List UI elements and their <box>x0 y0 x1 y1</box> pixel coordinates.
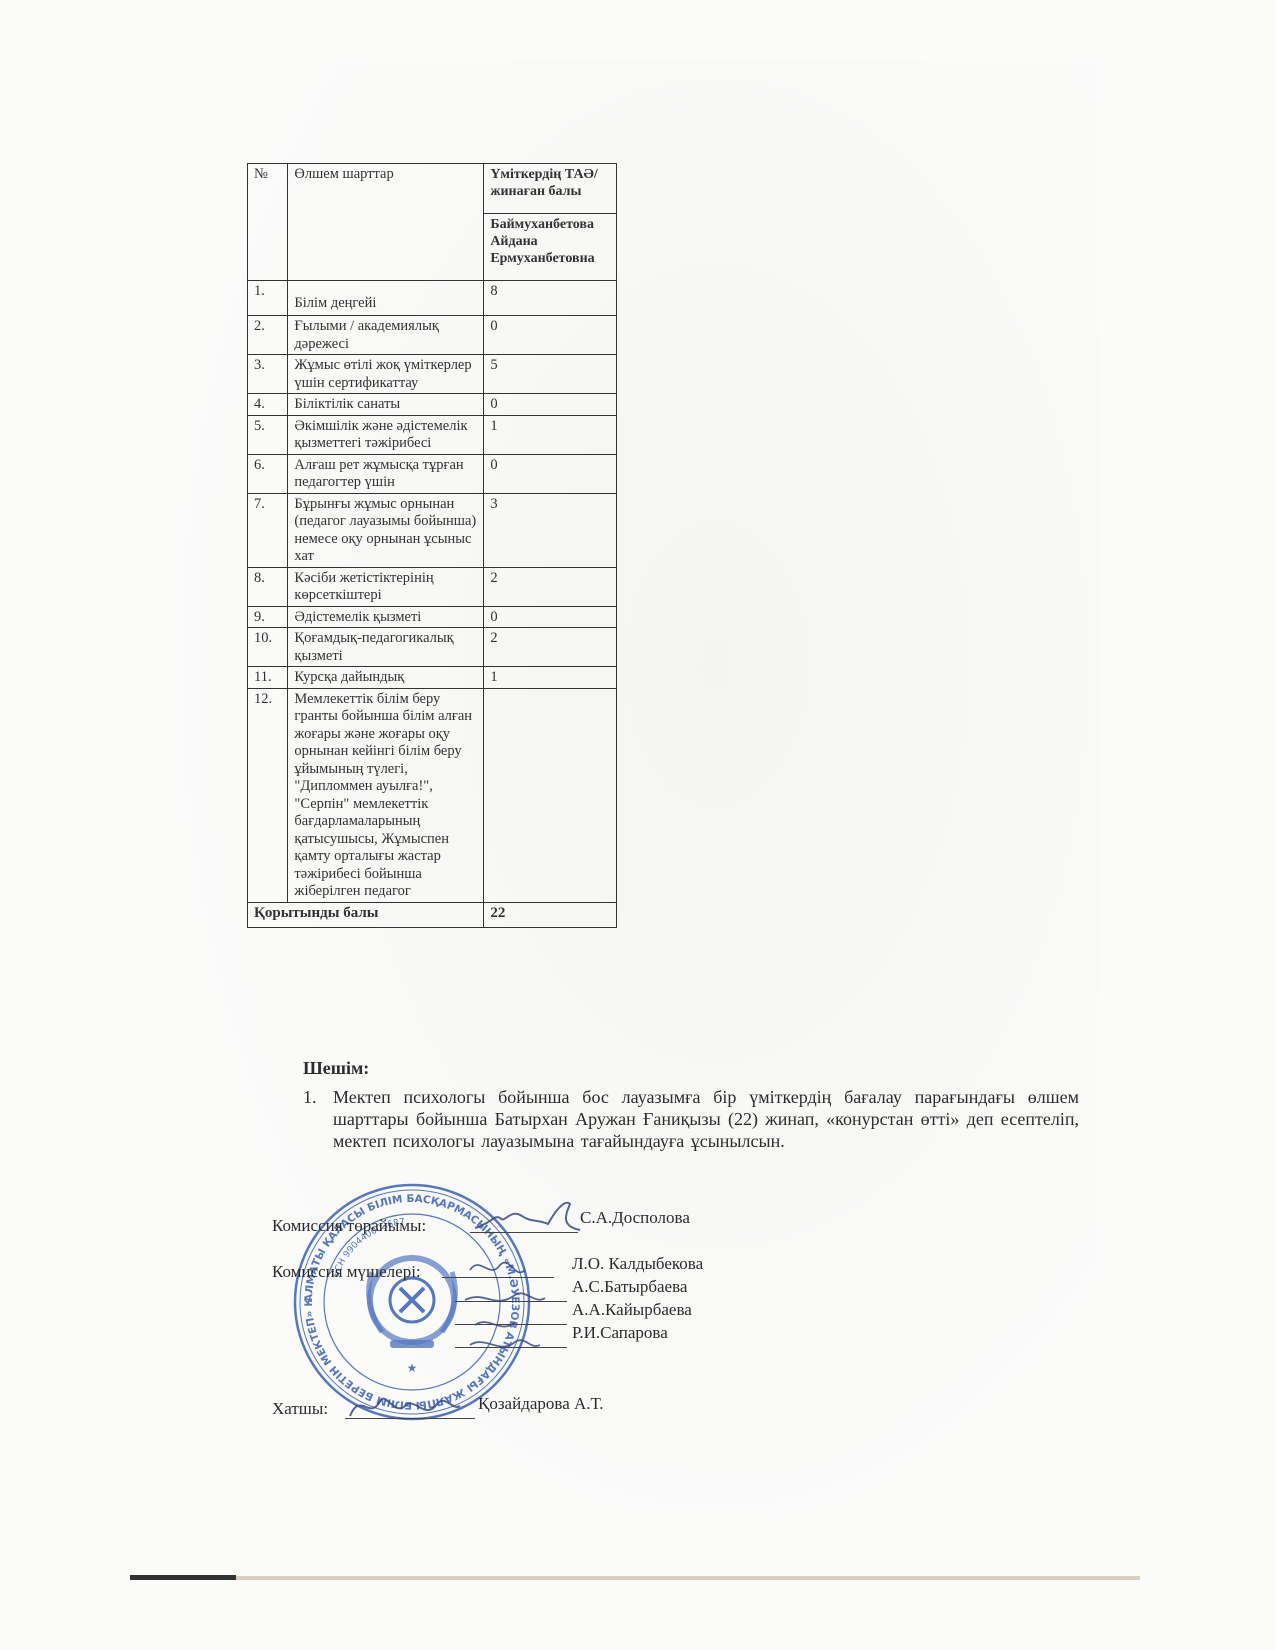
table-header-row: № Өлшем шарттар Үміткердің ТАӘ/жинаған б… <box>248 164 617 214</box>
row-score: 0 <box>484 316 617 355</box>
row-criteria: Кәсіби жетістіктерінің көрсеткіштері <box>288 567 484 606</box>
row-num: 1. <box>248 281 288 316</box>
member-name: Р.И.Сапарова <box>572 1323 668 1343</box>
table-row: 9. Әдістемелік қызметі 0 <box>248 606 617 628</box>
row-score: 3 <box>484 493 617 567</box>
row-score: 8 <box>484 281 617 316</box>
member-name: Л.О. Калдыбекова <box>572 1254 703 1274</box>
row-criteria: Білім деңгейі <box>288 281 484 316</box>
table-row: 2. Ғылыми / академиялық дәрежесі 0 <box>248 316 617 355</box>
row-num: 5. <box>248 415 288 454</box>
row-num: 10. <box>248 628 288 667</box>
chair-label: Комиссия төрайымы: <box>272 1216 426 1236</box>
row-score: 5 <box>484 355 617 394</box>
row-criteria: Әкімшілік және әдістемелік қызметтегі тә… <box>288 415 484 454</box>
decision-item-number: 1. <box>303 1086 317 1108</box>
row-score: 2 <box>484 628 617 667</box>
row-criteria: Біліктілік санаты <box>288 394 484 416</box>
header-num: № <box>248 164 288 281</box>
scan-edge-dark-segment <box>130 1575 236 1580</box>
score-table: № Өлшем шарттар Үміткердің ТАӘ/жинаған б… <box>247 163 617 928</box>
row-criteria: Курсқа дайындық <box>288 667 484 689</box>
decision-item: 1. Мектеп психологы бойынша бос лауазымғ… <box>303 1086 1079 1152</box>
table-row: 4. Біліктілік санаты 0 <box>248 394 617 416</box>
chair-name: С.А.Досполова <box>580 1208 690 1228</box>
table-row: 12. Мемлекеттік білім беру гранты бойынш… <box>248 688 617 902</box>
row-num: 6. <box>248 454 288 493</box>
member-name: А.А.Кайырбаева <box>572 1300 692 1320</box>
row-score: 1 <box>484 415 617 454</box>
table-row: 11. Курсқа дайындық 1 <box>248 667 617 689</box>
row-num: 4. <box>248 394 288 416</box>
table-total-row: Қорытынды балы 22 <box>248 902 617 927</box>
row-criteria: Алғаш рет жұмысқа тұрған педагогтер үшін <box>288 454 484 493</box>
member-name: А.С.Батырбаева <box>572 1277 687 1297</box>
scan-edge-line <box>130 1576 1140 1580</box>
row-score: 0 <box>484 454 617 493</box>
header-score-title: Үміткердің ТАӘ/жинаған балы <box>484 164 617 214</box>
header-candidate-name: Баймуханбетова Айдана Ермуханбетовна <box>484 213 617 280</box>
row-score <box>484 688 617 902</box>
table-row: 8. Кәсіби жетістіктерінің көрсеткіштері … <box>248 567 617 606</box>
row-criteria: Ғылыми / академиялық дәрежесі <box>288 316 484 355</box>
decision-item-text: Мектеп психологы бойынша бос лауазымға б… <box>333 1086 1079 1152</box>
table-row: 5. Әкімшілік және әдістемелік қызметтегі… <box>248 415 617 454</box>
row-num: 2. <box>248 316 288 355</box>
members-signature-icon <box>455 1250 555 1360</box>
row-num: 11. <box>248 667 288 689</box>
total-label: Қорытынды балы <box>248 902 484 927</box>
decision-title: Шешім: <box>303 1058 369 1079</box>
total-score: 22 <box>484 902 617 927</box>
row-criteria: Бұрынғы жұмыс орнынан (педагог лауазымы … <box>288 493 484 567</box>
row-criteria: Мемлекеттік білім беру гранты бойынша бі… <box>288 688 484 902</box>
table-row: 7. Бұрынғы жұмыс орнынан (педагог лауазы… <box>248 493 617 567</box>
row-num: 12. <box>248 688 288 902</box>
table-row: 1. Білім деңгейі 8 <box>248 281 617 316</box>
table-row: 3. Жұмыс өтілі жоқ үміткерлер үшін серти… <box>248 355 617 394</box>
row-score: 2 <box>484 567 617 606</box>
svg-text:★: ★ <box>407 1361 418 1375</box>
row-num: 3. <box>248 355 288 394</box>
secretary-name: Қозайдарова А.Т. <box>478 1394 603 1414</box>
header-criteria: Өлшем шарттар <box>288 164 484 281</box>
row-num: 7. <box>248 493 288 567</box>
row-criteria: Жұмыс өтілі жоқ үміткерлер үшін сертифик… <box>288 355 484 394</box>
row-score: 0 <box>484 394 617 416</box>
row-criteria: Әдістемелік қызметі <box>288 606 484 628</box>
secretary-signature-icon <box>345 1386 465 1426</box>
row-num: 8. <box>248 567 288 606</box>
row-score: 0 <box>484 606 617 628</box>
chair-signature-icon <box>470 1196 585 1241</box>
secretary-label: Хатшы: <box>272 1399 328 1419</box>
row-score: 1 <box>484 667 617 689</box>
table-row: 6. Алғаш рет жұмысқа тұрған педагогтер ү… <box>248 454 617 493</box>
row-num: 9. <box>248 606 288 628</box>
members-label: Комиссия мүшелері: <box>272 1262 421 1282</box>
row-criteria: Қоғамдық-педагогикалық қызметі <box>288 628 484 667</box>
table-row: 10. Қоғамдық-педагогикалық қызметі 2 <box>248 628 617 667</box>
